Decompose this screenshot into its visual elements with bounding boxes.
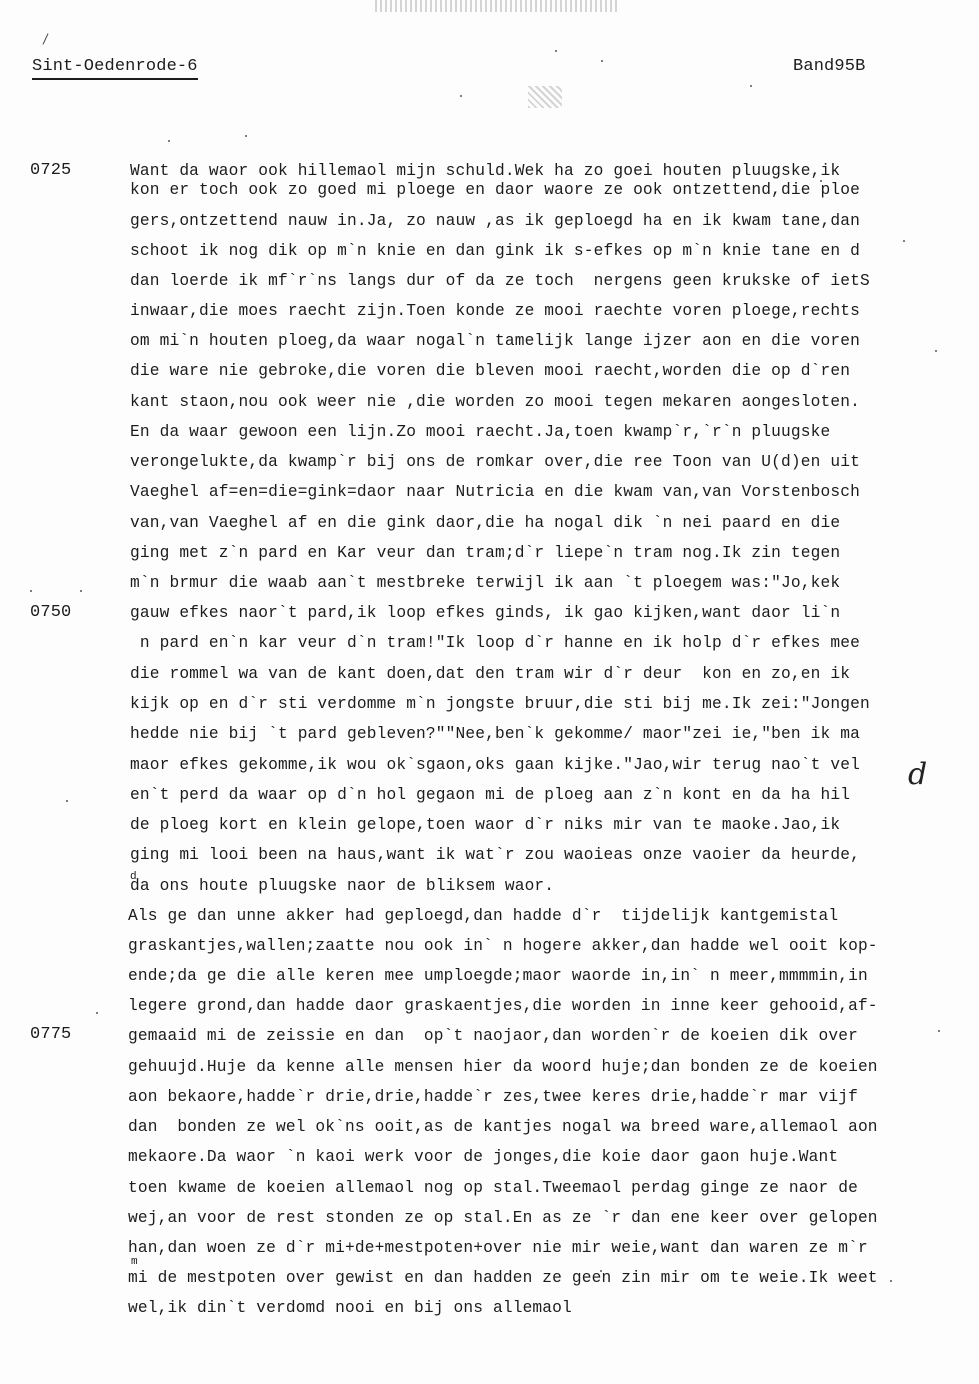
scan-noise xyxy=(375,0,620,12)
handwritten-correction: d xyxy=(130,872,137,883)
transcript-line: legere grond,dan hadde daor graskaentjes… xyxy=(128,996,878,1016)
transcript-line: aon bekaore,hadde`r drie,drie,hadde`r ze… xyxy=(128,1087,858,1107)
transcript-line: gauw efkes naor`t pard,ik loop efkes gin… xyxy=(130,603,840,623)
transcript-line: dan bonden ze wel ok`ns ooit,as de kantj… xyxy=(128,1117,878,1137)
transcript-line: verongelukte,da kwamp`r bij ons de romka… xyxy=(130,452,860,472)
transcript-line: die ware nie gebroke,die voren die bleve… xyxy=(130,361,850,381)
scan-speck xyxy=(80,590,82,592)
transcript-line: ging mi looi been na haus,want ik wat`r … xyxy=(130,845,860,865)
transcript-line: gehuujd.Huje da kenne alle mensen hier d… xyxy=(128,1057,878,1077)
transcript-line: wej,an voor de rest stonden ze op stal.E… xyxy=(128,1208,878,1228)
scan-speck xyxy=(30,590,32,592)
transcript-line: m`n brmur die waab aan`t mestbreke terwi… xyxy=(130,573,840,593)
transcript-line: hedde nie bij `t pard gebleven?""Nee,ben… xyxy=(130,724,860,744)
typewritten-transcript-page: Sint-Oedenrode-6 Band95B 0725 0750 0775 … xyxy=(0,0,979,1384)
transcript-line: toen kwame de koeien allemaol nog op sta… xyxy=(128,1178,858,1198)
transcript-line: die rommel wa van de kant doen,dat den t… xyxy=(130,664,850,684)
transcript-line: da ons houte pluugske naor de bliksem wa… xyxy=(130,876,554,896)
transcript-line: ende;da ge die alle keren mee umploegde;… xyxy=(128,966,868,986)
scan-speck xyxy=(600,1270,602,1272)
transcript-line: dan loerde ik mf`r`ns langs dur of da ze… xyxy=(130,271,870,291)
scan-speck xyxy=(460,95,462,97)
transcript-line: gemaaid mi de zeissie en dan op`t naojao… xyxy=(128,1026,858,1046)
transcript-line: schoot ik nog dik op m`n knie en dan gin… xyxy=(130,241,860,261)
transcript-line: mekaore.Da waor `n kaoi werk voor de jon… xyxy=(128,1147,838,1167)
transcript-line: Vaeghel af=en=die=gink=daor naar Nutrici… xyxy=(130,482,860,502)
scan-speck xyxy=(96,1012,98,1014)
transcript-line: de ploeg kort en klein gelope,toen waor … xyxy=(130,815,840,835)
scan-speck xyxy=(935,350,937,352)
transcript-line: inwaar,die moes raecht zijn.Toen konde z… xyxy=(130,301,860,321)
tape-number: Band95B xyxy=(793,57,865,77)
timecode-marker: 0750 xyxy=(30,603,71,623)
scan-speck xyxy=(601,60,603,62)
transcript-line: han,dan woen ze d`r mi+de+mestpoten+over… xyxy=(128,1238,868,1258)
transcript-line: graskantjes,wallen;zaatte nou ook in` n … xyxy=(128,936,878,956)
transcript-line: wel,ik din`t verdomd nooi en bij ons all… xyxy=(128,1298,572,1318)
scan-speck xyxy=(245,135,247,137)
transcript-line: ging met z`n pard en Kar veur dan tram;d… xyxy=(130,543,840,563)
timecode-marker: 0775 xyxy=(30,1025,71,1045)
transcript-line: van,van Vaeghel af en die gink daor,die … xyxy=(130,513,840,533)
transcript-line: gers,ontzettend nauw in.Ja, zo nauw ,as … xyxy=(130,211,860,231)
transcript-line: om mi`n houten ploeg,da waar nogal`n tam… xyxy=(130,331,860,351)
transcript-line: kijk op en d`r sti verdomme m`n jongste … xyxy=(130,694,870,714)
transcript-line: En da waar gewoon een lijn.Zo mooi raech… xyxy=(130,422,830,442)
scan-speck xyxy=(555,50,557,52)
transcript-line: kon er toch ook zo goed mi ploege en dao… xyxy=(130,180,860,200)
timecode-marker: 0725 xyxy=(30,161,71,181)
transcript-line: maor efkes gekomme,ik wou ok`sgaon,oks g… xyxy=(130,755,860,775)
scan-speck xyxy=(750,85,752,87)
scan-speck xyxy=(820,180,822,182)
transcript-line: Als ge dan unne akker had geploegd,dan h… xyxy=(128,906,838,926)
transcript-line: kant staon,nou ook weer nie ,die worden … xyxy=(130,392,860,412)
document-title: Sint-Oedenrode-6 xyxy=(32,57,198,80)
scan-speck xyxy=(890,1280,892,1282)
transcript-line: en`t perd da waar op d`n hol gegaon mi d… xyxy=(130,785,850,805)
scan-speck xyxy=(168,140,170,142)
handwritten-correction: m xyxy=(131,1257,138,1268)
transcript-line: mi de mestpoten over gewist en dan hadde… xyxy=(128,1268,878,1288)
scan-speck xyxy=(903,240,905,242)
scan-noise xyxy=(528,86,562,108)
scan-speck xyxy=(938,1030,940,1032)
transcript-line: Want da waor ook hillemaol mijn schuld.W… xyxy=(130,161,840,181)
scan-speck xyxy=(66,800,68,802)
pencil-mark xyxy=(43,33,49,44)
transcript-line: n pard en`n kar veur d`n tram!"Ik loop d… xyxy=(130,633,860,653)
handwritten-correction: d xyxy=(908,760,927,790)
